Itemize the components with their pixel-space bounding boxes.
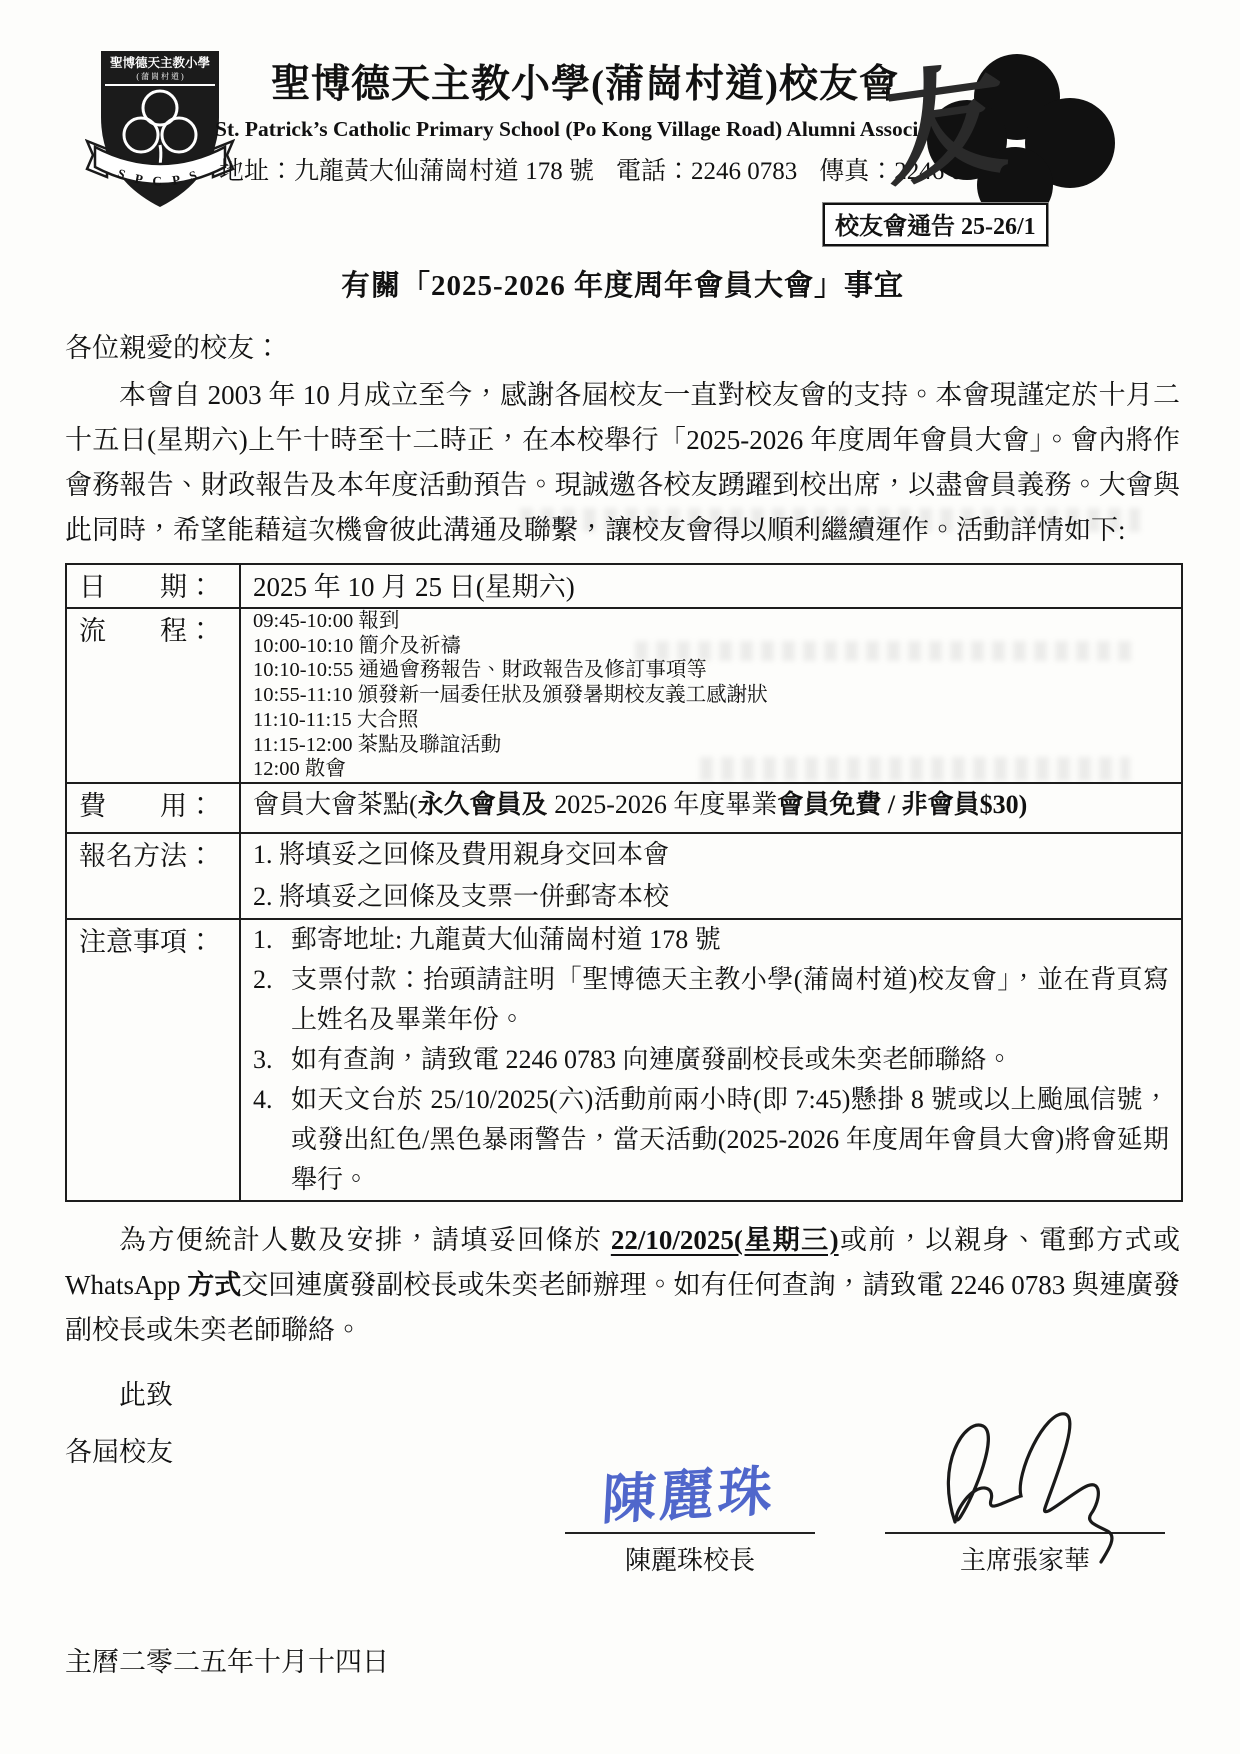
text-segment: 會員免費 / 非會員$30) bbox=[777, 790, 1027, 819]
text-line: 12:00 散會 bbox=[253, 757, 1169, 782]
text-segment: 22/10/2025(星期三) bbox=[611, 1225, 839, 1255]
text-line: 10:10-10:55 通過會務報告、財政報告及修訂事項等 bbox=[253, 658, 1169, 683]
addressee: 各屆校友 bbox=[65, 1430, 173, 1469]
notice-number-badge: 校友會通告 25-26/1 bbox=[823, 203, 1048, 246]
note-number: 1. bbox=[253, 920, 291, 960]
document-page: 聖博德天主教小學 ( 蒲 崗 村 道 ) S P C P bbox=[0, 0, 1240, 1754]
table-row-fee: 費 用： 會員大會茶點(永久會員及 2025-2026 年度畢業會員免費 / 非… bbox=[66, 783, 1182, 833]
text-line: 10:55-11:10 頒發新一屆委任狀及頒發暑期校友義工感謝狀 bbox=[253, 683, 1169, 708]
contact-line: 地址：九龍黃大仙蒲崗村道 178 號電話：2246 0783傳真：2246 07… bbox=[215, 151, 955, 187]
note-text: 支票付款：抬頭請註明「聖博德天主教小學(蒲崗村道)校友會」，並在背頁寫上姓名及畢… bbox=[291, 960, 1169, 1040]
crest-banner-subtext: ( 蒲 崗 村 道 ) bbox=[136, 71, 184, 81]
table-row-signup: 報名方法： 1. 將填妥之回條及費用親身交回本會2. 將填妥之回條及支票一併郵寄… bbox=[66, 833, 1182, 919]
text-line: 10:00-10:10 簡介及祈禱 bbox=[253, 634, 1169, 659]
text-segment: 永久會員及 bbox=[418, 790, 548, 819]
document-title: 有關「2025-2026 年度周年會員大會」事宜 bbox=[65, 263, 1180, 304]
seal-character-you: 友 bbox=[866, 43, 1025, 214]
note-number: 2. bbox=[253, 960, 291, 1040]
text-segment: 方式 bbox=[187, 1270, 241, 1300]
row-label-schedule: 流 程： bbox=[66, 608, 240, 783]
principal-signature-label: 陳麗珠校長 bbox=[565, 1540, 815, 1577]
closing-paragraph: 為方便統計人數及安排，請填妥回條於 22/10/2025(星期三)或前，以親身、… bbox=[65, 1218, 1180, 1353]
table-row-date: 日 期： 2025 年 10 月 25 日(星期六) bbox=[66, 564, 1182, 608]
issue-date: 主曆二零二五年十月十四日 bbox=[65, 1640, 389, 1679]
row-value-fee: 會員大會茶點(永久會員及 2025-2026 年度畢業會員免費 / 非會員$30… bbox=[240, 783, 1182, 833]
address-text: 地址：九龍黃大仙蒲崗村道 178 號 bbox=[219, 158, 594, 185]
note-item: 4.如天文台於 25/10/2025(六)活動前兩小時(即 7:45)懸掛 8 … bbox=[253, 1080, 1169, 1200]
note-item: 1.郵寄地址: 九龍黃大仙蒲崗村道 178 號 bbox=[253, 920, 1169, 960]
school-crest-logo: 聖博德天主教小學 ( 蒲 崗 村 道 ) S P C P bbox=[85, 45, 235, 213]
note-number: 3. bbox=[253, 1040, 291, 1080]
row-value-signup: 1. 將填妥之回條及費用親身交回本會2. 將填妥之回條及支票一併郵寄本校 bbox=[240, 833, 1182, 919]
note-item: 2.支票付款：抬頭請註明「聖博德天主教小學(蒲崗村道)校友會」，並在背頁寫上姓名… bbox=[253, 960, 1169, 1040]
text-segment: 2025-2026 年度畢業 bbox=[548, 790, 778, 819]
chairman-signature-block: 主席張家華 bbox=[885, 1422, 1165, 1577]
salutation: 各位親愛的校友： bbox=[65, 326, 1180, 365]
row-label-fee: 費 用： bbox=[66, 783, 240, 833]
row-value-notes: 1.郵寄地址: 九龍黃大仙蒲崗村道 178 號2.支票付款：抬頭請註明「聖博德天… bbox=[240, 919, 1182, 1201]
row-value-date: 2025 年 10 月 25 日(星期六) bbox=[240, 564, 1182, 608]
row-value-schedule: 09:45-10:00 報到10:00-10:10 簡介及祈禱10:10-10:… bbox=[240, 608, 1182, 783]
row-label-date: 日 期： bbox=[66, 564, 240, 608]
note-text: 郵寄地址: 九龍黃大仙蒲崗村道 178 號 bbox=[291, 920, 1169, 960]
text-segment: 會員大會茶點( bbox=[253, 790, 418, 819]
note-number: 4. bbox=[253, 1080, 291, 1200]
text-segment: 為方便統計人數及安排，請填妥回條於 bbox=[119, 1225, 611, 1255]
text-line: 09:45-10:00 報到 bbox=[253, 609, 1169, 634]
table-row-schedule: 流 程： 09:45-10:00 報到10:00-10:10 簡介及祈禱10:1… bbox=[66, 608, 1182, 783]
text-line: 11:10-11:15 大合照 bbox=[253, 708, 1169, 733]
note-text: 如天文台於 25/10/2025(六)活動前兩小時(即 7:45)懸掛 8 號或… bbox=[291, 1080, 1169, 1200]
crest-banner-text: 聖博德天主教小學 bbox=[110, 55, 211, 70]
school-name-en: St. Patrick’s Catholic Primary School (P… bbox=[215, 117, 955, 142]
principal-signature-block: 陳麗珠 陳麗珠校長 bbox=[565, 1422, 815, 1577]
note-item: 3.如有查詢，請致電 2246 0783 向連廣發副校長或朱奕老師聯絡。 bbox=[253, 1040, 1169, 1080]
row-label-signup: 報名方法： bbox=[66, 833, 240, 919]
table-row-notes: 注意事項： 1.郵寄地址: 九龍黃大仙蒲崗村道 178 號2.支票付款：抬頭請註… bbox=[66, 919, 1182, 1201]
letterhead: 聖博德天主教小學 ( 蒲 崗 村 道 ) S P C P bbox=[65, 45, 1180, 215]
text-line: 2. 將填妥之回條及支票一併郵寄本校 bbox=[253, 876, 1169, 918]
principal-signature-ink: 陳麗珠 bbox=[562, 1415, 817, 1537]
intro-paragraph: 本會自 2003 年 10 月成立至今，感謝各屆校友一直對校友會的支持。本會現謹… bbox=[65, 373, 1180, 553]
chairman-signature-ink bbox=[885, 1422, 1165, 1530]
signature-area: 各屆校友 陳麗珠 陳麗珠校長 主席張家華 主曆二零二五 bbox=[65, 1422, 1180, 1722]
row-label-notes: 注意事項： bbox=[66, 919, 240, 1201]
text-line: 1. 將填妥之回條及費用親身交回本會 bbox=[253, 834, 1169, 876]
phone-text: 電話：2246 0783 bbox=[616, 158, 797, 185]
school-name-zh: 聖博德天主教小學(蒲崗村道)校友會 bbox=[215, 53, 955, 109]
event-details-table: 日 期： 2025 年 10 月 25 日(星期六) 流 程： 09:45-10… bbox=[65, 563, 1183, 1202]
note-text: 如有查詢，請致電 2246 0783 向連廣發副校長或朱奕老師聯絡。 bbox=[291, 1040, 1169, 1080]
text-line: 11:15-12:00 茶點及聯誼活動 bbox=[253, 733, 1169, 758]
